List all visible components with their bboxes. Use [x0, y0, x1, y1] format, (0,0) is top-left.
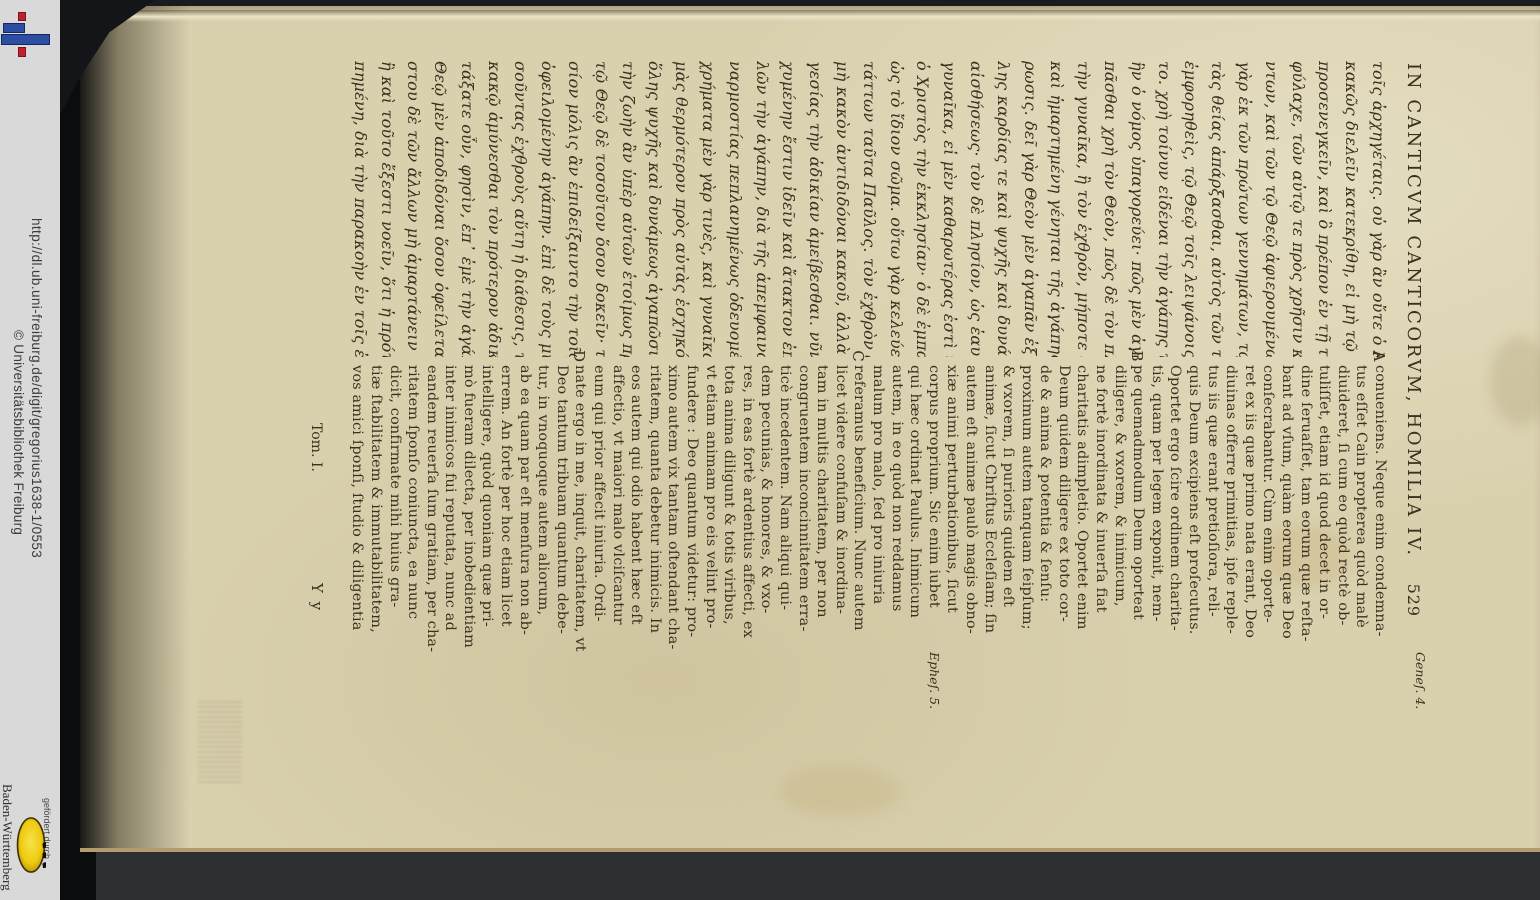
greek-text-line: ὅλης ψυχῆς καὶ δυνάμεως ἀγαπῶσιν, ὡς καὶ [638, 61, 665, 357]
greek-text-line: ὁ Χριστὸς τὴν ἐκκλησίαν· ὁ δὲ ἐμπαθεστέρ… [906, 61, 933, 357]
latin-text-line: intelligere, quòd quoniam quæ pri- [477, 365, 496, 667]
baden-wuerttemberg-coat-of-arms-icon [16, 816, 46, 874]
latin-text-line: dem pecunias, & honores, & vxo- [756, 365, 775, 667]
page-edge-crease [120, 10, 1540, 22]
latin-text-line: inter inimicos fui reputata, nunc ad [440, 365, 459, 667]
margin-note-ephesians: Epheſ. 5. [927, 652, 942, 712]
greek-text-line: χρήματα μὲν γὰρ τινὲς, καὶ γυναῖκας, καὶ… [691, 61, 718, 357]
section-marker-b: B [1128, 348, 1146, 364]
latin-text-line: tur, in vnoquoque autem aliorum, [533, 365, 552, 667]
greek-text-line: τοῖς ἀρχηγέταις. οὐ γὰρ ἂν οὔτε ὁ Καὶν ἐ… [1361, 61, 1388, 357]
greek-text-line: καὶ ἡμαρτημένη γένηται τῆς ἀγάπης ἡ ἐκπλ… [1040, 61, 1067, 357]
latin-text-line: autem, in eo quòd non reddamus [886, 365, 905, 667]
latin-text-line: ticè incedentem. Nam aliqui qui- [774, 365, 793, 667]
tome-label: Tom. I. [308, 423, 324, 472]
latin-text-line: Oportet ergo ſcire ordinem charita- [1165, 365, 1184, 667]
greek-text-line: τῷ Θεῷ δὲ τοσοῦτον ὅσον δοκεῖν· τῷ δὲ πλ… [584, 61, 611, 357]
quire-signature: Y y [308, 583, 326, 612]
latin-text-line: mò fueram dilecta, per inobedientiam [458, 365, 477, 667]
latin-text-line: tiæ ſtabilitatem & immutabilitatem, [365, 365, 384, 667]
paper-age-spot [1490, 336, 1540, 426]
latin-text-line: affectio, vt maiori malo vlciſcantur [607, 365, 626, 667]
latin-text-line: diuideret, ſi cum eo quòd rectè ob- [1332, 365, 1351, 667]
funding-state-name: Baden-Württemberg [0, 784, 15, 891]
greek-text-line: τάξατε οὖν, φησὶν, ἐπ᾽ ἐμὲ τὴν ἀγάπην, ὥ… [450, 61, 477, 357]
page-gutter-shadow [80, 6, 190, 848]
latin-text-line: eum qui prior affecit iniuria. Ordi- [588, 365, 607, 667]
university-library-logo-icon [0, 0, 60, 64]
latin-text-line: corpus proprium. Sic enim iubet [923, 365, 942, 667]
greek-text-line: ἣν ὁ νόμος ὑπαγορεύει· πῶς μὲν ἀγα- [1120, 61, 1147, 357]
greek-text-line: κακῶς διελεῖν κατεκρίθη, εἰ μὴ τῷ ὀρθῶς [1334, 61, 1361, 357]
latin-text-line: vos amici ſponſi, ſtudio & diligentia [347, 365, 366, 667]
greek-text-line: γεσίας τὴν ἀδικίαν ἀμείβεσθαι. νῦν δὲ συ… [798, 61, 825, 357]
greek-text-line: ὡς τὸ ἴδιον σῶμα. οὕτω γὰρ κελεύει ὁ προ… [879, 61, 906, 357]
greek-text-line: μὴ κακὸν ἀντιδιδόναι κακοῦ, ἀλλὰ δι᾽ εὐε… [825, 61, 852, 357]
latin-text-line: diuinas offerre primitias, ipſe reple- [1221, 365, 1240, 667]
page-header: IN CANTICVM CANTICORVM, HOMILIA IV. 529 [1403, 63, 1424, 683]
greek-text-line: ναρμοστίας πεπλανημένως ὁδευομένην. οἱ [718, 61, 745, 357]
source-url-text: http://dl.ub.uni-freiburg.de/digit/grego… [29, 218, 44, 558]
greek-text-line: ρωσις. δεῖ γὰρ Θεὸν μὲν ἀγαπᾶν ἐξ ὅ- [1013, 61, 1040, 357]
latin-text-line: tus iis quæ erant pretioſiora, reli- [1202, 365, 1221, 667]
latin-text-column: conueniens. Neque enim condemna-tus eſſe… [347, 365, 1388, 667]
latin-text-line: conueniens. Neque enim condemna- [1369, 365, 1388, 667]
margin-note-genesis: Geneſ. 4. [1413, 652, 1428, 712]
greek-text-line: αἰσθήσεως· τὸν δὲ πλησίον, ὡς ἑαυτόν· τὴ… [959, 61, 986, 357]
latin-text-line: pe quemadmodum Deum oporteat [1128, 365, 1147, 667]
latin-text-line: dine ſeruaſſet, tam eorum quæ reſta- [1295, 365, 1314, 667]
library-watermark-sidebar: http://dl.ub.uni-freiburg.de/digit/grego… [0, 0, 60, 900]
copyright-text: © Universitätsbibliothek Freiburg [11, 330, 26, 535]
rotated-page-content: IN CANTICVM CANTICORVM, HOMILIA IV. 529 … [288, 55, 1458, 695]
ink-ghost-smudge [198, 701, 242, 786]
latin-text-line: ritatem, quanta debetur inimicis. In [644, 365, 663, 667]
latin-text-line: diligere, & vxorem, & inimicum, [1109, 365, 1128, 667]
greek-text-line: μὰς θερμότερον πρὸς αὐτὰς ἐσχηκότες, ἐξ [664, 61, 691, 357]
greek-text-line: κακῷ ἀμύνεσθαι τὸν πρότερον ἀδικήσαντα. [477, 61, 504, 357]
latin-text-line: referamus beneficium. Nunc autem [849, 365, 868, 667]
latin-text-line: xiæ animi perturbationibus, ſicut [942, 365, 961, 667]
latin-text-line: de & anima & potentia & ſenſu: [1035, 365, 1054, 667]
latin-text-line: vt etiam animam pro eis velint pro- [700, 365, 719, 667]
latin-text-line: eos autem qui odio habent hæc eſt [626, 365, 645, 667]
latin-text-line: congruentem inconcinnitatem erra- [793, 365, 812, 667]
greek-text-line: ντων, καὶ τῶν τῷ Θεῷ ἀφιερουμένων. δέον [1254, 61, 1281, 357]
latin-text-line: tuliſſet, etiam id quod decet in or- [1314, 365, 1333, 667]
greek-text-column: τοῖς ἀρχηγέταις. οὐ γὰρ ἂν οὔτε ὁ Καὶν ἐ… [343, 61, 1388, 357]
greek-text-line: χυμένην ἔστιν ἰδεῖν καὶ ἄτακτον ἐπὶ τῶν … [772, 61, 799, 357]
latin-text-line: tus eſſet Cain propterea quòd malè [1351, 365, 1370, 667]
latin-text-line: ne fortè inordinata & inuerſa fiat [1091, 365, 1110, 667]
latin-text-line: tota anima diligunt & totis viribus, [719, 365, 738, 667]
logo-red-square-icon [18, 12, 26, 21]
greek-text-line: γὰρ ἐκ τῶν πρώτων γεννημάτων, τῷ Θεῷ [1227, 61, 1254, 357]
latin-text-line: autem eſt animæ paulò magis obno- [960, 365, 979, 667]
latin-text-line: licet videre confuſam & inordina- [830, 365, 849, 667]
latin-text-line: ximo autem vix tantam oſtendant cha- [663, 365, 682, 667]
paper-age-spot [780, 766, 900, 816]
latin-text-line: quis Deum excipiens eſt proſecutus. [1183, 365, 1202, 667]
latin-text-line: ret ex iis quæ primo nata erant, Deo [1239, 365, 1258, 667]
logo-blue-bar-icon [1, 34, 50, 45]
latin-text-line: charitatis adimpletio. Oportet enim [1072, 365, 1091, 667]
latin-text-line: animæ, ſicut Chriſtus Eccleſiam; ſin [979, 365, 998, 667]
greek-text-line: ἐμφορηθεὶς, τῷ Θεῷ τοῖς λειψάνοις ἐδεξιο… [1174, 61, 1201, 357]
section-marker-c: C [849, 348, 867, 364]
latin-text-line: malum pro malo, ſed pro iniuria [867, 365, 886, 667]
greek-text-line: τὰς θείας ἀπάρξασθαι, αὐτὸς τῶν τιμιωτέρ… [1200, 61, 1227, 357]
greek-text-line: το. χρὴ τοίνυν εἰδέναι τὴν ἀγάπης τάξιν, [1147, 61, 1174, 357]
greek-text-line: λῶν τὴν ἀγάπην, διὰ τῆς ἀπεμφαινούσης ἀ- [745, 61, 772, 357]
latin-text-line: errem. An fortè per hoc etiam licet [496, 365, 515, 667]
greek-text-line: πημένη, διὰ τὴν παρακοὴν ἐν τοῖς ἐχθροῖς… [343, 61, 370, 357]
greek-text-line: γυναῖκα, εἰ μὲν καθαρωτέρας ἐστὶ ψυχῆς, … [932, 61, 959, 357]
greek-text-line: τάττων ταῦτα Παῦλος. τὸν ἐχθρὸν δὲ ὡς [852, 61, 879, 357]
latin-text-line: conſecrabantur. Cùm enim oporte- [1258, 365, 1277, 667]
latin-text-line: fundere : Deo quantum videtur: pro- [681, 365, 700, 667]
latin-text-line: nate ergo in me, inquit, charitatem, vt [570, 365, 589, 667]
greek-text-line: πᾶσθαι χρὴ τὸν Θεὸν, πῶς δὲ τὸν πλησίον,… [1093, 61, 1120, 357]
greek-text-line: λης καρδίας τε καὶ ψυχῆς καὶ δυνάμεως κα… [986, 61, 1013, 357]
latin-text-line: dicit, confirmate mihi huius gra- [384, 365, 403, 667]
greek-text-line: ἢ καὶ τοῦτο ἔξεστι νοεῖν, ὅτι ἡ πρότερον… [370, 61, 397, 357]
latin-text-line: eandem reuerſa ſum gratiam, per cha- [421, 365, 440, 667]
greek-text-line: στου δὲ τῶν ἄλλων μὴ ἁμαρτάνειν τοῦ μέτρ… [397, 61, 424, 357]
latin-text-line: proximum autem tanquam ſeipſum; [1016, 365, 1035, 667]
greek-text-line: Θεῷ μὲν ἀποδιδόναι ὅσον ὀφείλεται, ἐφ᾽ ἑ… [423, 61, 450, 357]
latin-text-line: res, in eas fortè ardentius affecti, ex [737, 365, 756, 667]
latin-text-line: Deum quidem diligere ex toto cor- [1053, 365, 1072, 667]
section-marker-a: A [1370, 348, 1388, 364]
greek-text-line: προσενεγκεῖν, καὶ ὃ πρέπον ἐν τῇ τάξει π… [1308, 61, 1335, 357]
greek-text-line: σοῦντας ἐχθροὺς αὕτη ἡ διάθεσις, τὸ μείζ… [504, 61, 531, 357]
digitized-book-scan-view: { "sidebar": { "url": "http://dl.ub.uni-… [0, 0, 1540, 900]
section-marker-d: D [570, 348, 588, 364]
latin-text-line: bant ad vſum, quàm eorum quæ Deo [1276, 365, 1295, 667]
latin-text-line: tam in multis charitatem, per non [812, 365, 831, 667]
latin-text-line: & vxorem, ſi purioris quidem eſt [998, 365, 1017, 667]
page-number: 529 [1404, 584, 1423, 618]
greek-text-line: τὴν ζωὴν ἂν ὑπὲρ αὐτῶν ἑτοίμως προέσθαι· [611, 61, 638, 357]
latin-text-line: tis, quam per legem exponit, nem- [1146, 365, 1165, 667]
greek-text-line: τὴν γυναῖκα, ἢ τὸν ἐχθρόν, μήποτε ἄτακτο… [1066, 61, 1093, 357]
greek-text-line: φύλαχε, τῶν αὐτῷ τε πρὸς χρῆσιν καθελκό- [1281, 61, 1308, 357]
page-header-title: IN CANTICVM CANTICORVM, HOMILIA IV. [1403, 63, 1424, 558]
greek-text-line: σίον μόλις ἂν ἐπιδείξαιντο τὴν τοῖς ἐχθρ… [557, 61, 584, 357]
latin-text-line: ritatem ſponſo coniuncta, ea nunc [403, 365, 422, 667]
latin-text-line: qui hæc ordinat Paulus. Inimicum [905, 365, 924, 667]
latin-text-line: ab ea quam par eſt menſura non ab- [514, 365, 533, 667]
latin-text-line: Deo tantum tribuam quantum debe- [551, 365, 570, 667]
logo-blue-bar-icon [3, 23, 25, 33]
logo-red-square-icon [18, 47, 26, 57]
greek-text-line: ὀφειλομένην ἀγάπην. ἐπὶ δὲ τοὺς μι- [531, 61, 558, 357]
